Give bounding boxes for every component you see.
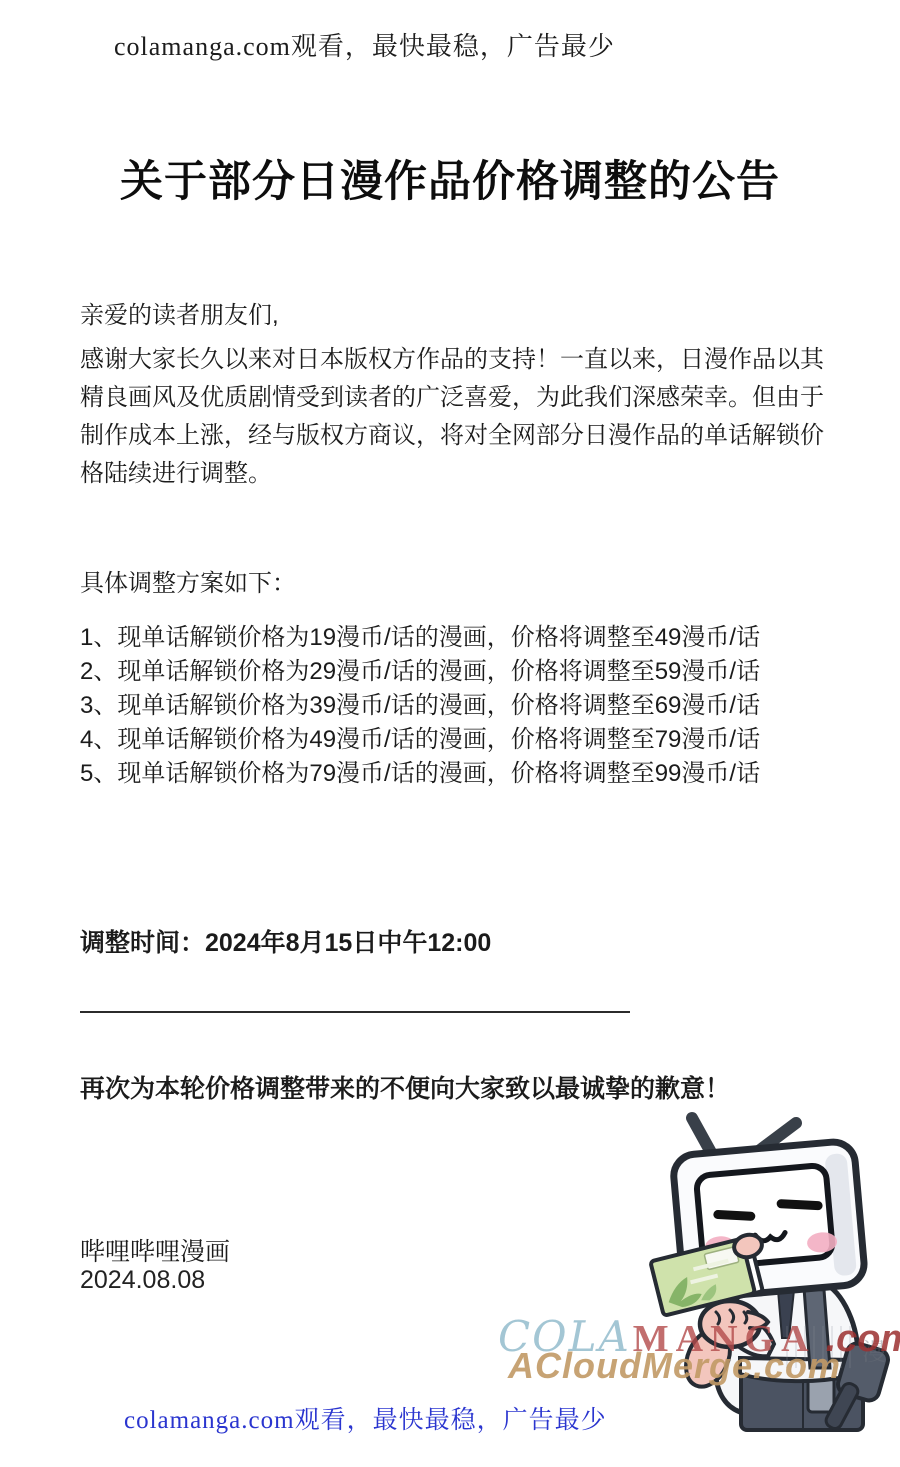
greeting-line: 亲爱的读者朋友们,	[80, 295, 279, 330]
announcement-page: colamanga.com观看，最快最稳，广告最少 关于部分日漫作品价格调整的公…	[0, 0, 900, 1467]
apology-line: 再次为本轮价格调整带来的不便向大家致以最诚挚的歉意！	[80, 1069, 730, 1105]
page-title: 关于部分日漫作品价格调整的公告	[0, 148, 900, 209]
divider	[80, 1011, 630, 1013]
plan-item-4: 4、现单话解锁价格为49漫币/话的漫画，价格将调整至79漫币/话	[80, 723, 760, 757]
acloudmerge-watermark: ACloudMerge.com	[508, 1345, 841, 1387]
plan-item-5: 5、现单话解锁价格为79漫币/话的漫画，价格将调整至99漫币/话	[80, 757, 760, 791]
intro-paragraph: 感谢大家长久以来对日本版权方作品的支持！一直以来，日漫作品以其精良画风及优质剧情…	[80, 341, 824, 493]
plan-heading: 具体调整方案如下：	[80, 563, 296, 598]
bottom-site-banner: colamanga.com观看，最快最稳，广告最少	[124, 1400, 607, 1436]
plan-list: 1、现单话解锁价格为19漫币/话的漫画，价格将调整至49漫币/话 2、现单话解锁…	[80, 621, 760, 791]
signature-date: 2024.08.08	[80, 1266, 205, 1295]
plan-item-1: 1、现单话解锁价格为19漫币/话的漫画，价格将调整至49漫币/话	[80, 621, 760, 655]
signature: 哔哩哔哩漫画	[80, 1232, 230, 1268]
plan-item-3: 3、现单话解锁价格为39漫币/话的漫画，价格将调整至69漫币/话	[80, 689, 760, 723]
adjust-time-line: 调整时间：2024年8月15日中午12:00	[80, 923, 491, 959]
top-site-banner: colamanga.com观看，最快最稳，广告最少	[114, 26, 615, 63]
plan-item-2: 2、现单话解锁价格为29漫币/话的漫画，价格将调整至59漫币/话	[80, 655, 760, 689]
bilibili-tv-mascot-icon	[598, 1106, 898, 1438]
